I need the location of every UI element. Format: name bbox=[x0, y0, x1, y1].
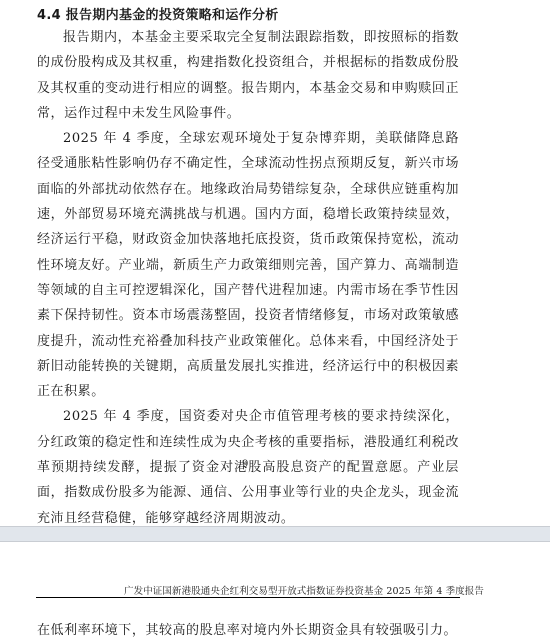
section-body: 报告期内，本基金主要采取完全复制法跟踪指数，即按照标的指数的成份股构成及其权重，… bbox=[37, 25, 459, 531]
document-page-10: 广发中证国新港股通央企红利交易型开放式指数证券投资基金 2025 年第 4 季度… bbox=[0, 542, 550, 643]
header-rule bbox=[36, 597, 460, 598]
page-number: 9 bbox=[242, 459, 248, 470]
paragraph: 2025 年 4 季度，全球宏观环境处于复杂博弈期，美联储降息路径受通胀粘性影响… bbox=[37, 126, 459, 404]
paragraph: 报告期内，本基金主要采取完全复制法跟踪指数，即按照标的指数的成份股构成及其权重，… bbox=[37, 25, 459, 126]
paragraph-continuation: 在低利率环境下，其较高的股息率对境内外长期资金具有较强吸引力。 bbox=[37, 619, 457, 638]
document-page-9: 4.4 报告期内基金的投资策略和运作分析 报告期内，本基金主要采取完全复制法跟踪… bbox=[0, 0, 550, 526]
running-header: 广发中证国新港股通央企红利交易型开放式指数证券投资基金 2025 年第 4 季度… bbox=[124, 583, 484, 597]
section-heading: 4.4 报告期内基金的投资策略和运作分析 bbox=[37, 4, 279, 23]
page-separator bbox=[0, 526, 550, 542]
